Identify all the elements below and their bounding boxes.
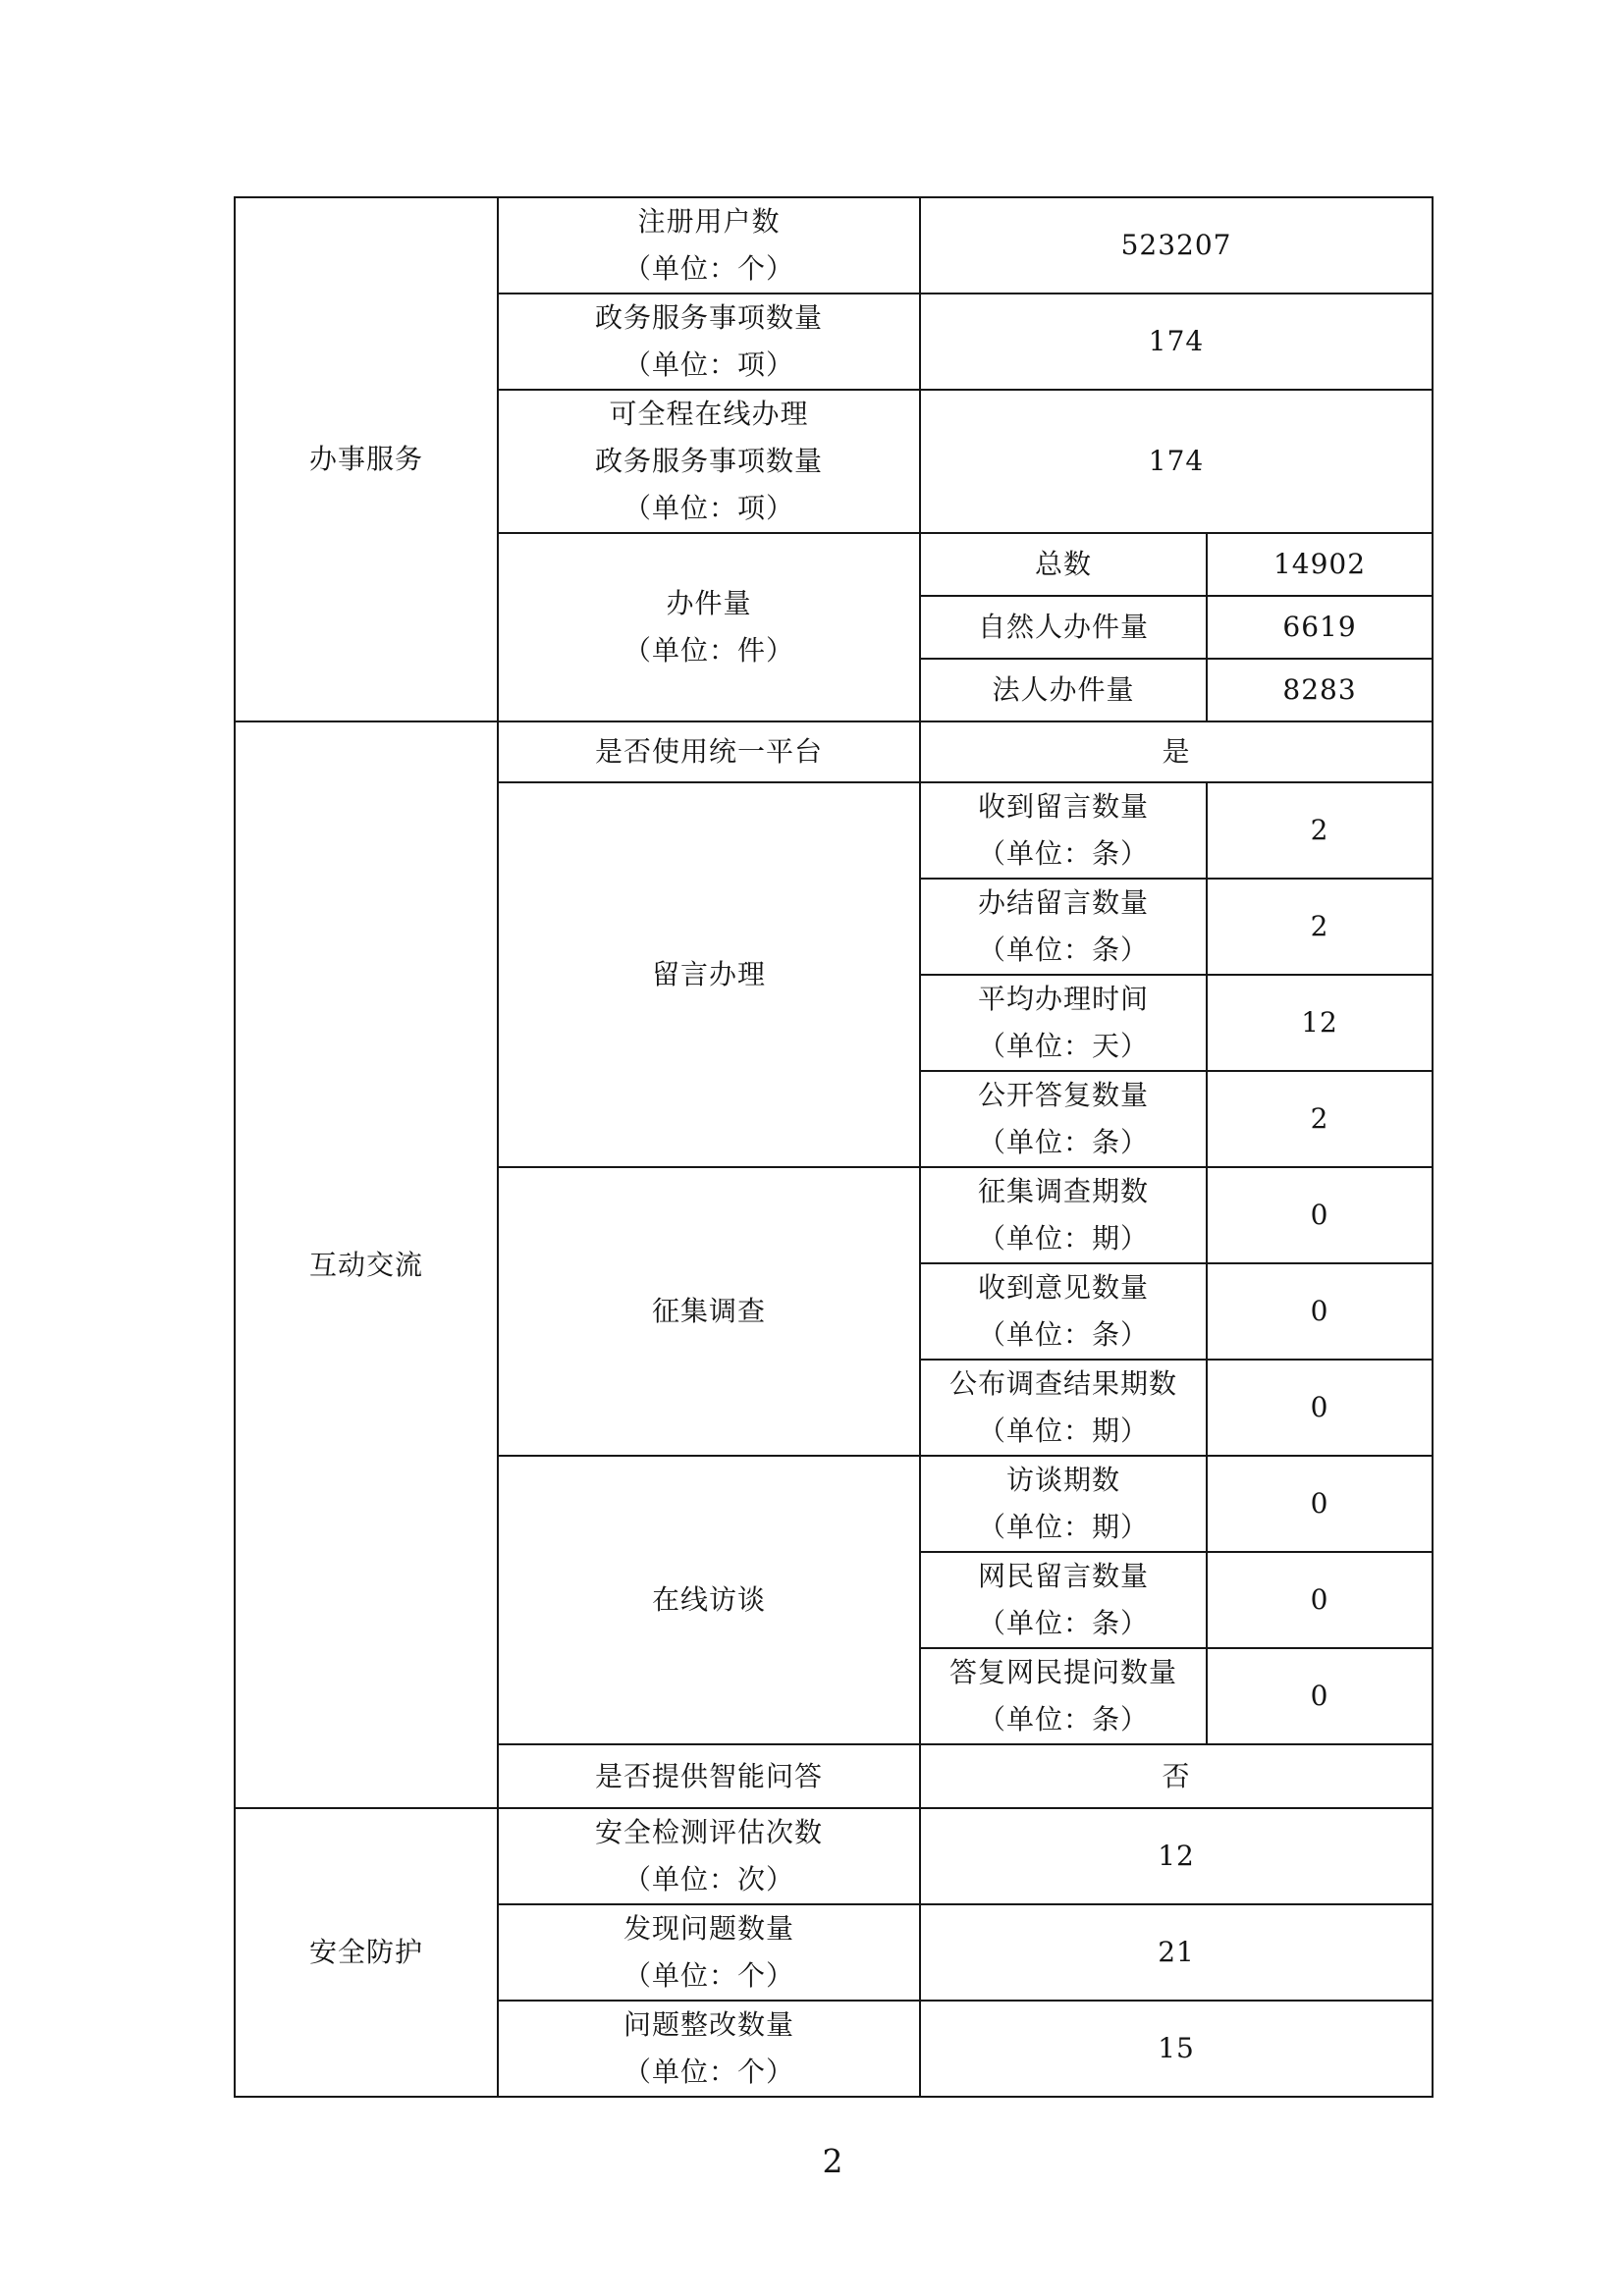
page-number: 2 bbox=[234, 2142, 1432, 2181]
value-netizen-messages: 0 bbox=[1207, 1552, 1433, 1648]
label-online-service-items: 可全程在线办理 政务服务事项数量 （单位：项） bbox=[498, 390, 920, 533]
value-replies-to-netizens: 0 bbox=[1207, 1648, 1433, 1744]
sub-label-legal-person: 法人办件量 bbox=[920, 659, 1207, 721]
value-unified-platform: 是 bbox=[920, 721, 1433, 782]
value-registered-users: 523207 bbox=[920, 197, 1433, 294]
value-security-assessments: 12 bbox=[920, 1808, 1433, 1904]
group-survey: 征集调查 bbox=[498, 1167, 920, 1456]
group-case-volume: 办件量 （单位：件） bbox=[498, 533, 920, 721]
label-registered-users: 注册用户数 （单位：个） bbox=[498, 197, 920, 294]
value-opinions-received: 0 bbox=[1207, 1263, 1433, 1360]
value-online-service-items: 174 bbox=[920, 390, 1433, 533]
report-table: 办事服务 注册用户数 （单位：个） 523207 政务服务事项数量 （单位：项）… bbox=[234, 196, 1434, 2098]
sub-label-total: 总数 bbox=[920, 533, 1207, 596]
value-public-replies: 2 bbox=[1207, 1071, 1433, 1167]
value-survey-results-published: 0 bbox=[1207, 1360, 1433, 1456]
sub-label-avg-handling-time: 平均办理时间 （单位：天） bbox=[920, 975, 1207, 1071]
sub-label-public-replies: 公开答复数量 （单位：条） bbox=[920, 1071, 1207, 1167]
sub-label-replies-to-netizens: 答复网民提问数量 （单位：条） bbox=[920, 1648, 1207, 1744]
sub-label-interview-periods: 访谈期数 （单位：期） bbox=[920, 1456, 1207, 1552]
value-legal-person: 8283 bbox=[1207, 659, 1433, 721]
value-survey-periods: 0 bbox=[1207, 1167, 1433, 1263]
category-interaction: 互动交流 bbox=[235, 721, 498, 1808]
label-smart-qa: 是否提供智能问答 bbox=[498, 1744, 920, 1808]
sub-label-messages-completed: 办结留言数量 （单位：条） bbox=[920, 879, 1207, 975]
sub-label-netizen-messages: 网民留言数量 （单位：条） bbox=[920, 1552, 1207, 1648]
label-security-assessments: 安全检测评估次数 （单位：次） bbox=[498, 1808, 920, 1904]
sub-label-opinions-received: 收到意见数量 （单位：条） bbox=[920, 1263, 1207, 1360]
sub-label-survey-periods: 征集调查期数 （单位：期） bbox=[920, 1167, 1207, 1263]
label-service-items: 政务服务事项数量 （单位：项） bbox=[498, 294, 920, 390]
value-natural-person: 6619 bbox=[1207, 596, 1433, 659]
category-security: 安全防护 bbox=[235, 1808, 498, 2097]
value-smart-qa: 否 bbox=[920, 1744, 1433, 1808]
value-total: 14902 bbox=[1207, 533, 1433, 596]
value-problems-rectified: 15 bbox=[920, 2001, 1433, 2097]
value-avg-handling-time: 12 bbox=[1207, 975, 1433, 1071]
value-service-items: 174 bbox=[920, 294, 1433, 390]
label-problems-rectified: 问题整改数量 （单位：个） bbox=[498, 2001, 920, 2097]
sub-label-messages-received: 收到留言数量 （单位：条） bbox=[920, 782, 1207, 879]
document-page: 办事服务 注册用户数 （单位：个） 523207 政务服务事项数量 （单位：项）… bbox=[0, 0, 1624, 2296]
sub-label-natural-person: 自然人办件量 bbox=[920, 596, 1207, 659]
group-online-interview: 在线访谈 bbox=[498, 1456, 920, 1744]
sub-label-survey-results-published: 公布调查结果期数 （单位：期） bbox=[920, 1360, 1207, 1456]
value-messages-completed: 2 bbox=[1207, 879, 1433, 975]
label-problems-found: 发现问题数量 （单位：个） bbox=[498, 1904, 920, 2001]
label-unified-platform: 是否使用统一平台 bbox=[498, 721, 920, 782]
value-messages-received: 2 bbox=[1207, 782, 1433, 879]
category-service: 办事服务 bbox=[235, 197, 498, 721]
value-interview-periods: 0 bbox=[1207, 1456, 1433, 1552]
value-problems-found: 21 bbox=[920, 1904, 1433, 2001]
group-message-handling: 留言办理 bbox=[498, 782, 920, 1167]
